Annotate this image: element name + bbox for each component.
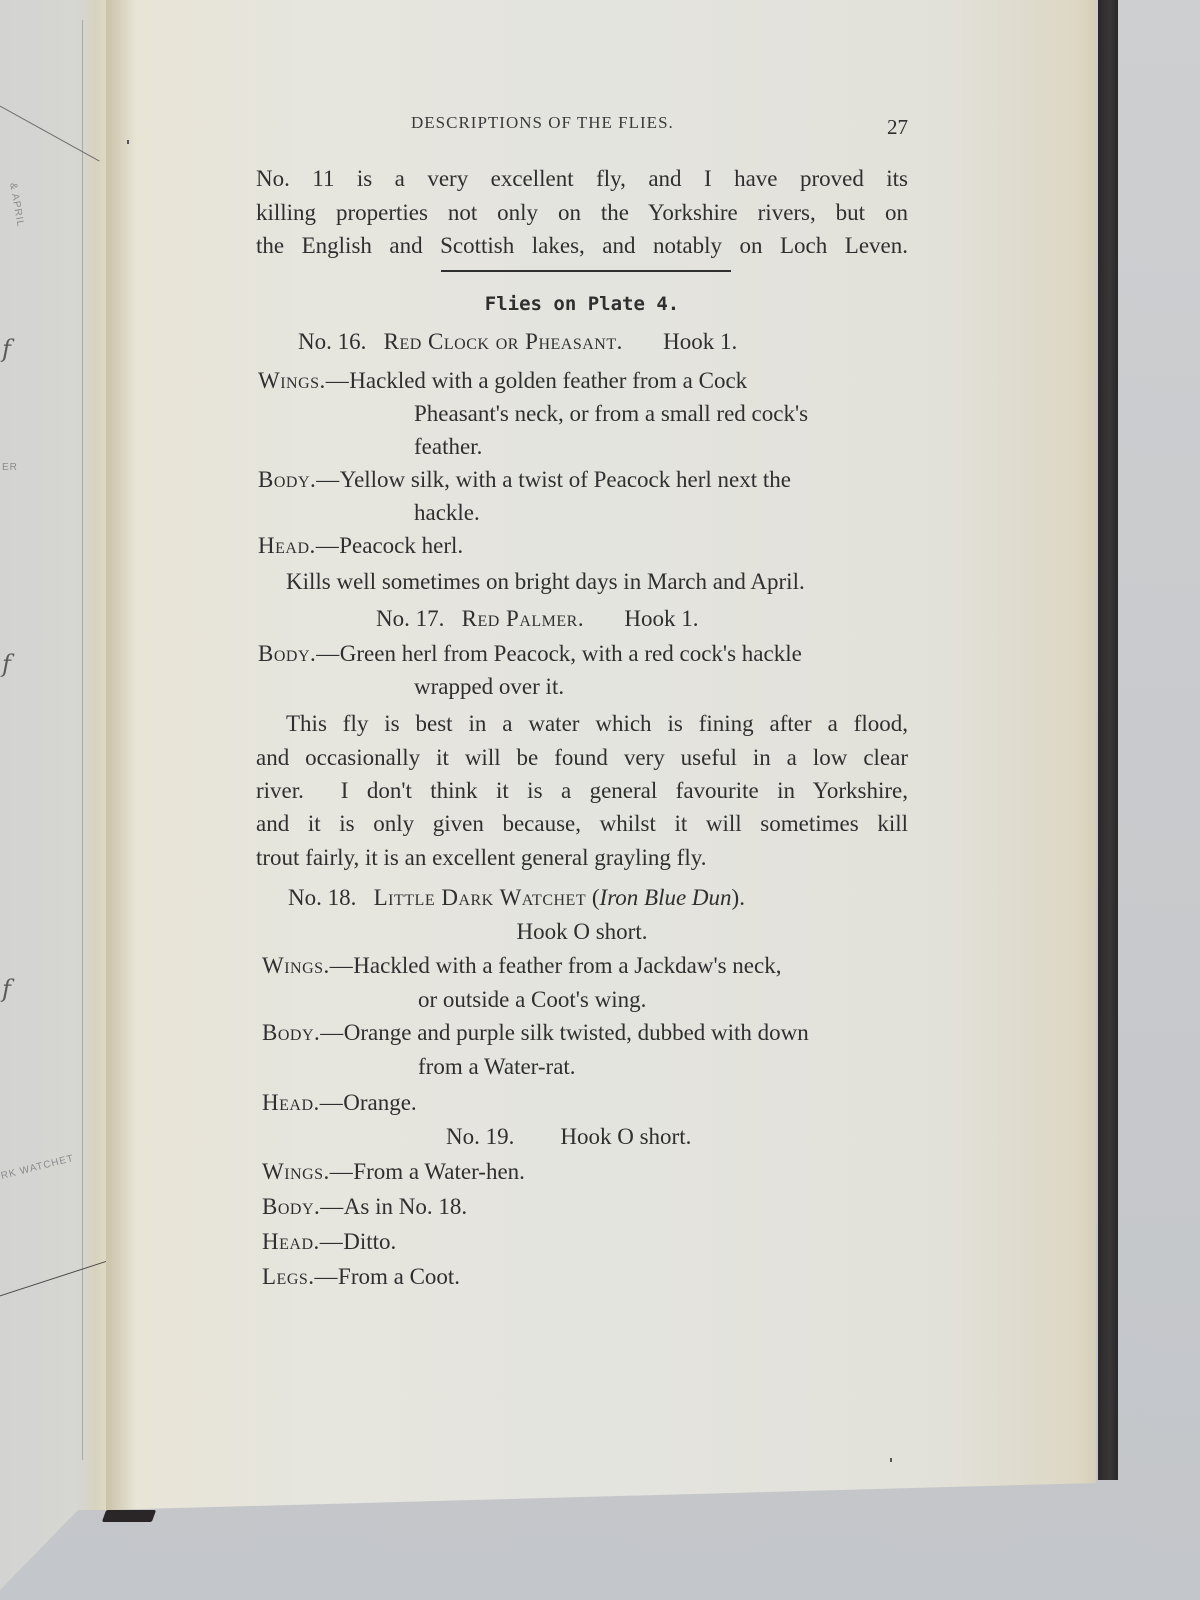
section-divider [441, 270, 731, 272]
part-text: Green herl from Peacock, with a red cock… [340, 641, 802, 666]
part-text-cont: Pheasant's neck, or from a small red coc… [414, 397, 808, 430]
fly-part-body: Body.—Orange and purple silk twisted, du… [262, 1016, 809, 1049]
left-page-script-mark: f [2, 975, 11, 1003]
part-text: Orange and purple silk twisted, dubbed w… [344, 1020, 809, 1045]
fly-part-wings: Wings.—Hackled with a golden feather fro… [258, 364, 747, 397]
left-page-script-mark: f [2, 650, 11, 678]
left-page-rule [82, 20, 83, 1460]
fly-note: This fly is best in a water which is fin… [286, 707, 908, 740]
part-label: Head.— [262, 1229, 343, 1254]
fly-hook: Hook 1. [624, 606, 698, 631]
intro-line: the English and Scottish lakes, and nota… [256, 229, 908, 262]
part-label: Head.— [262, 1090, 343, 1115]
fly-part-body: Body.—Yellow silk, with a twist of Peaco… [258, 463, 791, 496]
part-text-cont: hackle. [414, 496, 480, 529]
intro-line: killing properties not only on the Yorks… [256, 196, 908, 229]
part-text: Hackled with a feather from a Jackdaw's … [353, 953, 781, 978]
part-text: Hackled with a golden feather from a Coc… [349, 368, 747, 393]
fly-name: Little Dark Watchet [374, 885, 586, 910]
fly-part-body: Body.—Green herl from Peacock, with a re… [258, 637, 802, 670]
fly-note: and occasionally it will be found very u… [256, 741, 908, 774]
part-label: Body.— [262, 1020, 344, 1045]
fly-heading-17: No. 17. Red Palmer. Hook 1. [376, 602, 698, 635]
running-head: DESCRIPTIONS OF THE FLIES. 27 [256, 113, 908, 141]
left-facing-page [0, 0, 112, 1600]
paper-speck [127, 140, 129, 144]
left-page-label-er: ER [2, 462, 18, 473]
part-text-cont: feather. [414, 430, 482, 463]
part-label: Wings.— [262, 1159, 353, 1184]
fly-part-head: Head.—Ditto. [262, 1225, 396, 1258]
page-number: 27 [887, 115, 908, 140]
part-text-cont: or outside a Coot's wing. [418, 983, 646, 1016]
part-label: Wings.— [262, 953, 353, 978]
fly-note: trout fairly, it is an excellent general… [256, 841, 706, 874]
fly-name: Red Palmer. [462, 606, 584, 631]
fly-number: No. 16. [298, 329, 366, 354]
gutter-shadow [106, 0, 136, 1510]
part-label: Body.— [258, 467, 340, 492]
part-text: Orange. [343, 1090, 416, 1115]
fly-number: No. 17. [376, 606, 444, 631]
part-label: Body.— [258, 641, 340, 666]
part-label: Body.— [262, 1194, 344, 1219]
part-label: Wings.— [258, 368, 349, 393]
part-text-cont: wrapped over it. [414, 670, 564, 703]
fly-hook: Hook O short. [256, 915, 908, 948]
part-text: Peacock herl. [339, 533, 463, 558]
part-text-cont: from a Water-rat. [418, 1050, 576, 1083]
section-title: Flies on Plate 4. [256, 288, 908, 321]
fly-heading-16: No. 16. Red Clock or Pheasant. Hook 1. [298, 325, 737, 358]
book-cover-right-edge [1098, 0, 1118, 1480]
part-label: Legs.— [262, 1264, 338, 1289]
fly-hook: Hook 1. [663, 329, 737, 354]
fly-part-legs: Legs.—From a Coot. [262, 1260, 460, 1293]
left-page-script-mark: f [2, 335, 11, 363]
intro-line: No. 11 is a very excellent fly, and I ha… [256, 162, 908, 195]
book-cover-bottom-edge [102, 1510, 156, 1522]
fly-note: Kills well sometimes on bright days in M… [286, 565, 805, 598]
part-text: Yellow silk, with a twist of Peacock her… [340, 467, 791, 492]
fly-alt-name: Iron Blue Dun [600, 885, 732, 910]
fly-number: No. 19. [446, 1124, 514, 1149]
fly-number: No. 18. [288, 885, 356, 910]
fly-part-body: Body.—As in No. 18. [262, 1190, 467, 1223]
fly-part-head: Head.—Orange. [262, 1086, 417, 1119]
part-text: From a Water-hen. [353, 1159, 525, 1184]
fly-part-head: Head.—Peacock herl. [258, 529, 463, 562]
fly-name: Red Clock or Pheasant. [384, 329, 623, 354]
part-text: As in No. 18. [344, 1194, 467, 1219]
part-text: Ditto. [343, 1229, 396, 1254]
fly-part-wings: Wings.—From a Water-hen. [262, 1155, 525, 1188]
fly-part-wings: Wings.—Hackled with a feather from a Jac… [262, 949, 781, 982]
running-head-title: DESCRIPTIONS OF THE FLIES. [411, 113, 674, 133]
part-label: Head.— [258, 533, 339, 558]
fly-heading-18: No. 18. Little Dark Watchet (Iron Blue D… [288, 881, 745, 914]
fly-hook: Hook O short. [560, 1124, 691, 1149]
fly-heading-19: No. 19. Hook O short. [446, 1120, 691, 1153]
paper-speck [890, 1458, 892, 1462]
part-text: From a Coot. [338, 1264, 460, 1289]
fly-note: and it is only given because, whilst it … [256, 807, 908, 840]
fly-note: river. I don't think it is a general fav… [256, 774, 908, 807]
